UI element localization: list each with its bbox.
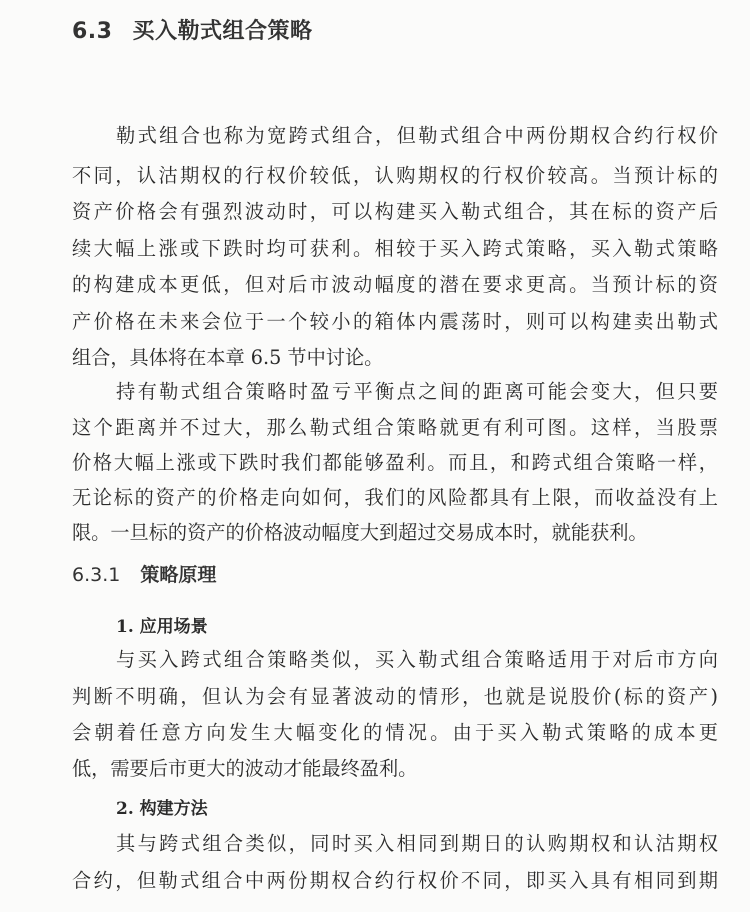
paragraph-line: 会朝着任意方向发生大幅变化的情况。由于买入勒式策略的成本更: [72, 721, 718, 745]
paragraph-line: 合约，但勒式组合中两份期权合约行权价不同，即买入具有相同到期: [72, 869, 718, 893]
subsection-heading: 6.3.1策略原理: [72, 560, 216, 587]
paragraph-line: 组合，具体将在本章 6.5 节中讨论。: [72, 346, 718, 370]
paragraph-line: 无论标的资产的价格走向如何，我们的风险都具有上限，而收益没有上: [72, 486, 718, 510]
paragraph-line: 的构建成本更低，但对后市波动幅度的潜在要求更高。当预计标的资: [72, 273, 718, 297]
item-heading-construction: 2. 构建方法: [116, 794, 208, 819]
paragraph-line: 勒式组合也称为宽跨式组合，但勒式组合中两份期权合约行权价: [116, 124, 718, 148]
section-title: 买入勒式组合策略: [132, 19, 312, 44]
subsection-number: 6.3.1: [72, 564, 120, 586]
paragraph-line: 不同，认沽期权的行权价较低，认购期权的行权价较高。当预计标的: [72, 164, 718, 188]
paragraph-line: 判断不明确，但认为会有显著波动的情形，也就是说股价(标的资产): [72, 685, 718, 709]
document-page: 6.3买入勒式组合策略 勒式组合也称为宽跨式组合，但勒式组合中两份期权合约行权价…: [0, 0, 750, 912]
paragraph-line: 产价格在未来会位于一个较小的箱体内震荡时，则可以构建卖出勒式: [72, 310, 718, 334]
paragraph-line: 低，需要后市更大的波动才能最终盈利。: [72, 757, 718, 781]
paragraph-line: 持有勒式组合策略时盈亏平衡点之间的距离可能会变大，但只要: [116, 380, 718, 404]
paragraph-line: 这个距离并不过大，那么勒式组合策略就更有利可图。这样，当股票: [72, 416, 718, 440]
paragraph-line: 与买入跨式组合策略类似，买入勒式组合策略适用于对后市方向: [116, 648, 718, 672]
section-number: 6.3: [72, 19, 112, 44]
paragraph-line: 限。一旦标的资产的价格波动幅度大到超过交易成本时，就能获利。: [72, 521, 718, 545]
item-heading-application: 1. 应用场景: [116, 612, 208, 637]
subsection-title: 策略原理: [140, 564, 216, 586]
section-heading: 6.3买入勒式组合策略: [72, 14, 313, 45]
paragraph-line: 资产价格会有强烈波动时，可以构建买入勒式组合，其在标的资产后: [72, 200, 718, 224]
paragraph-line: 价格大幅上涨或下跌时我们都能够盈利。而且，和跨式组合策略一样，: [72, 451, 718, 475]
paragraph-line: 其与跨式组合类似，同时买入相同到期日的认购期权和认沽期权: [116, 832, 718, 856]
paragraph-line: 续大幅上涨或下跌时均可获利。相较于买入跨式策略，买入勒式策略: [72, 237, 718, 261]
